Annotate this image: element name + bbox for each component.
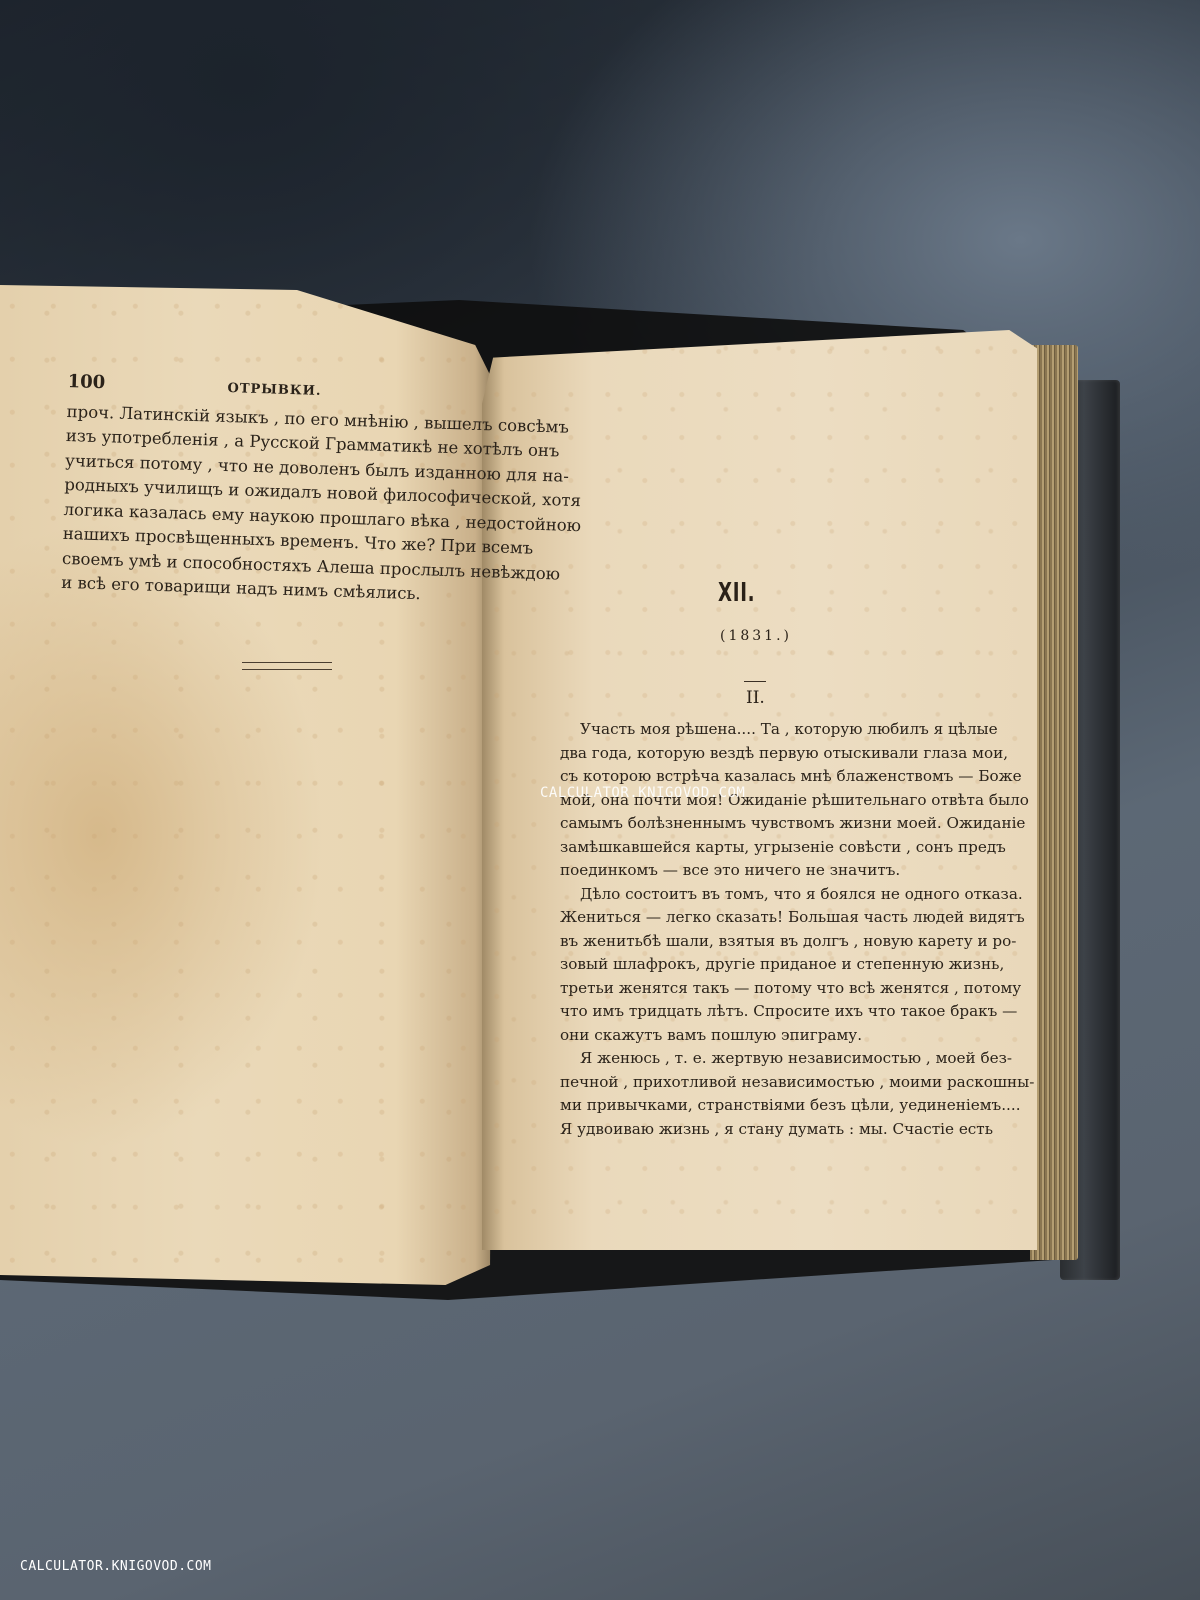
text-line: въ женитьбѣ шали, взятыя въ долгъ , нову… [560,930,975,954]
section-number: II. [746,688,765,708]
photo-scene: 100 ОТРЫВКИ. проч. Латинскій языкъ , по … [0,0,1200,1600]
text-line: ми привычками, странствіями безъ цѣли, у… [560,1094,975,1118]
book-page-edges [1030,345,1078,1260]
page-number: 100 [67,370,228,400]
left-page-text: 100 ОТРЫВКИ. проч. Латинскій языкъ , по … [61,370,488,609]
text-line: Я женюсь , т. е. жертвую независимостью … [560,1047,975,1071]
section-end-ornament [242,662,332,670]
text-line: что имъ тридцать лѣтъ. Спросите ихъ что … [560,1000,975,1024]
text-line: самымъ болѣзненнымъ чувствомъ жизни моей… [560,812,975,836]
text-line: печной , прихотливой независимостью , мо… [560,1071,975,1095]
text-line: замѣшкавшейся карты, угрызеніе совѣсти ,… [560,836,975,860]
overlay-watermark: CALCULATOR.KNIGOVOD.COM [540,785,745,801]
text-line: Жениться — легко сказать! Большая часть … [560,906,975,930]
text-line: третьи женятся такъ — потому что всѣ жен… [560,977,975,1001]
text-line: Участь моя рѣшена.... Та , которую любил… [560,718,975,742]
chapter-year: (1831.) [720,628,792,644]
running-title: ОТРЫВКИ. [227,377,322,404]
chapter-number: XII. [718,578,755,608]
text-line: Дѣло состоитъ въ томъ, что я боялся не о… [560,883,975,907]
text-line: два года, которую вездѣ первую отыскивал… [560,742,975,766]
text-line: поединкомъ — все это ничего не значитъ. [560,859,975,883]
text-line: Я удвоиваю жизнь , я стану думать : мы. … [560,1118,975,1142]
text-line: зовый шлафрокъ, другіе приданое и степен… [560,953,975,977]
chapter-divider [744,681,766,682]
text-line: они скажутъ вамъ пошлую эпиграму. [560,1024,975,1048]
right-page-text: Участь моя рѣшена.... Та , которую любил… [560,718,975,1141]
corner-watermark: CALCULATOR.KNIGOVOD.COM [20,1559,212,1574]
